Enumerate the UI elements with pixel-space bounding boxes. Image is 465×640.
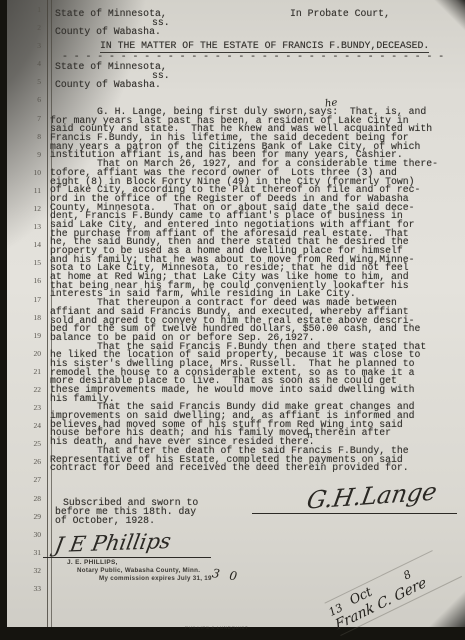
margin-line-number: 18 bbox=[34, 314, 42, 321]
margin-line-number: 19 bbox=[34, 332, 42, 339]
margin-line-number: 33 bbox=[34, 585, 42, 592]
margin-line-number: 13 bbox=[34, 223, 42, 230]
notary-signature-rule bbox=[43, 557, 211, 558]
margin-line-number: 7 bbox=[37, 115, 41, 122]
filing-annotation: 13 Oct 8 Frank C. Gere bbox=[324, 535, 465, 638]
margin-line-number: 24 bbox=[34, 422, 42, 429]
margin-line-number: 16 bbox=[34, 277, 42, 284]
jurat-line3: of October, 1928. bbox=[55, 515, 155, 526]
paper-sheet: 1234567891011121314151617181920212223242… bbox=[7, 0, 465, 627]
margin-line-number: 25 bbox=[34, 440, 42, 447]
margin-line-number: 9 bbox=[37, 151, 41, 158]
notary-title: Notary Public, Wabasha County, Minn. bbox=[77, 567, 200, 574]
margin-line-number: 28 bbox=[34, 495, 42, 502]
margin-line-number: 26 bbox=[34, 458, 42, 465]
court-name: In Probate Court, bbox=[290, 8, 390, 19]
margin-line-number: 12 bbox=[34, 205, 42, 212]
margin-line-number: 10 bbox=[34, 169, 42, 176]
margin-line-number: 11 bbox=[34, 187, 41, 194]
venue2-county: County of Wabasha. bbox=[55, 79, 161, 90]
margin-line-number: 5 bbox=[37, 78, 41, 85]
margin-line-number: 8 bbox=[37, 133, 41, 140]
notary-signature: J E Phillips bbox=[53, 529, 173, 557]
margin-line-number: 31 bbox=[34, 549, 42, 556]
margin-line-number: 21 bbox=[34, 368, 42, 375]
venue-state: State of Minnesota, bbox=[55, 8, 167, 19]
margin-line-number: 29 bbox=[34, 513, 42, 520]
margin-line-number: 32 bbox=[34, 567, 42, 574]
margin-line-number: 23 bbox=[34, 404, 42, 411]
affiant-signature-rule bbox=[252, 513, 457, 514]
notary-commission: My commission expires July 31, 19 bbox=[99, 575, 212, 582]
affiant-signature: G.H.Lange bbox=[305, 477, 439, 514]
affidavit-body: G. H. Lange, being first duly sworn,says… bbox=[50, 108, 438, 473]
margin-line-number: 6 bbox=[37, 96, 41, 103]
venue-county: County of Wabasha. bbox=[55, 26, 161, 37]
margin-line-number: 2 bbox=[37, 24, 41, 31]
venue2-state: State of Minnesota, bbox=[55, 61, 167, 72]
margin-line-number: 22 bbox=[34, 386, 42, 393]
margin-line-numbers: 1234567891011121314151617181920212223242… bbox=[19, 6, 41, 592]
margin-line-number: 15 bbox=[34, 259, 42, 266]
margin-line-number: 20 bbox=[34, 350, 42, 357]
notary-name: J. E. PHILLIPS, bbox=[67, 559, 118, 566]
scanned-document-page: 1234567891011121314151617181920212223242… bbox=[0, 0, 465, 640]
commission-year-handwritten: 3 0 bbox=[211, 566, 241, 584]
margin-line-number: 1 bbox=[37, 6, 41, 13]
handwritten-insertion-n: n bbox=[307, 431, 313, 441]
handwritten-insertion-he: he bbox=[324, 97, 337, 109]
margin-line-number: 17 bbox=[34, 296, 42, 303]
affidavit-line: contract for Deed and received the deed … bbox=[50, 464, 438, 473]
margin-line-number: 3 bbox=[37, 42, 41, 49]
margin-line-number: 30 bbox=[34, 531, 42, 538]
margin-line-number: 14 bbox=[34, 241, 42, 248]
margin-line-number: 4 bbox=[37, 60, 41, 67]
margin-line-number: 27 bbox=[34, 476, 42, 483]
printer-imprint: PHILLIPS & LUNDQUIST bbox=[185, 625, 248, 630]
